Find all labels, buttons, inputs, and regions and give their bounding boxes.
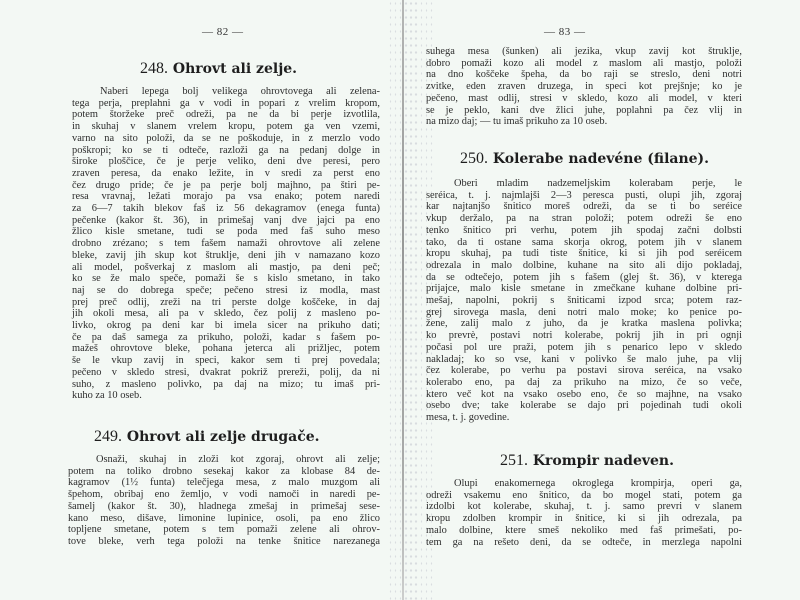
recipe-body-248: Naberi lepega bolj velikega ohrovtovega … [72,86,380,402]
text-line: potem na toliko drobno sesekaj kakor za … [68,466,380,478]
text-line: tako, da ti ostane sama skorja okrog, po… [426,237,742,249]
text-line: počasi pol ure praži, potem jih s penari… [426,342,742,354]
text-line: nakladaj; ko so vse, kani v polivko še m… [426,354,742,366]
text-line: žlico kisle smetane, tudi se poda med fa… [72,226,380,238]
text-line: jih okoli mesa, ali pa v skledo, čez pol… [72,308,380,320]
text-line: osebo dve; take kolerabe se dajo pri poj… [426,400,742,412]
text-line: Naberi lepega bolj velikega ohrovtovega … [72,86,380,98]
text-line: in skuhaj v slanem vrelem kropu, potem g… [72,121,380,133]
text-line: na mizo daj; — tu imaš prikuho za 10 ose… [426,116,742,128]
text-line: mešaj, napolni, pokrij s šniticami izpod… [426,295,742,307]
text-line: tove bleke, verh tega položi na tenke šn… [68,536,380,548]
text-line: varno na sito položi, da se ne poškoduje… [72,133,380,145]
text-line: čez kolerabe, po verhu pa postavi sirova… [426,365,742,377]
text-line: se je peklo, kani dve žlici juhe, poplah… [426,105,742,117]
right-page: — 83 — suhega mesa (šunken) ali jezika, … [424,0,742,600]
text-line: pečenke (kakor št. 36), in primešaj vanj… [72,215,380,227]
page-number: — 83 — [544,26,586,38]
text-line: dobro pomaži kozo ali model z maslom ali… [426,58,742,70]
text-line: pečeno v skledo stresi, dvakrat pokriž p… [72,367,380,379]
recipe-heading-249: 249. Ohrovt ali zelje drugače. [94,428,320,446]
text-line: odrezala in malo dolbine, kuhane na sito… [426,260,742,272]
text-line: izdolbi kot kolerabe, skuhaj, t. j. samo… [426,501,742,513]
text-line: zvitke, eden zraven druzega, in speci ko… [426,81,742,93]
recipe-number: 250. [460,150,488,167]
recipe-number: 251. [500,452,528,469]
text-line: šamelj (kakor št. 30), hladnega zmešaj i… [68,501,380,513]
text-line: kropu zdolben krompir in šnitice, ki si … [426,513,742,525]
text-line: mažeš ohrovtove bleke, pohana jeterca al… [72,343,380,355]
recipe-number: 248. [140,60,168,77]
text-line: poškropi; ko se ti odteče, razloži ga na… [72,145,380,157]
text-line: mesa, t. j. govedine. [426,412,742,424]
text-line: prej preč odlij, zreži na tri perste dol… [72,297,380,309]
recipe-heading-248: 248. Ohrovt ali zelje. [140,60,297,78]
text-line: bleke, zavij jih skup kot štruklje, deni… [72,250,380,262]
text-line: malo dolbine, ktere smeš nekoliko med fa… [426,525,742,537]
page-gutter [402,0,404,600]
text-line: ktero več kot na vsako osebo eno, če so … [426,389,742,401]
text-line: kolerabo eno, pa daj za prikuho na mizo,… [426,377,742,389]
text-line: špehom, obribaj eno žemljo, v vodi namoč… [68,489,380,501]
page-number: — 82 — [202,26,244,38]
text-line: tega perja, preplahni ga v vodi in popar… [72,98,380,110]
text-line: odreži vsakemu eno šnitico, da bo mogel … [426,490,742,502]
text-line: da se odtečejo, potem jih s fašem (glej … [426,272,742,284]
text-line: še le vkup zavij in speci, kakor sem ti … [72,355,380,367]
left-page: — 82 — 248. Ohrovt ali zelje. Naberi lep… [72,0,380,600]
text-line: drobno zrézano; s tem fašem namaži ohrov… [72,238,380,250]
text-line: resa vravnaj, ležati morajo pa vsa enako… [72,191,380,203]
text-line: prijajce, malo kisle smetane in zmečkane… [426,283,742,295]
recipe-number: 249. [94,428,122,445]
text-line: žene, zalij malo z juho, da je kratka ma… [426,318,742,330]
recipe-heading-251: 251. Krompir nadeven. [500,452,674,470]
text-line: kar najtanjšo šnitico moreš odreži, da s… [426,201,742,213]
text-line: za 6—7 takih blekov faš iz 56 dekagramov… [72,203,380,215]
text-line: suhega mesa (šunken) ali jezika, vkup za… [426,46,742,58]
recipe-body-249: Osnaži, skuhaj in zloži kot zgoraj, ohro… [68,454,380,548]
text-line: ko se že malo speče, pomaži še s kislo s… [72,273,380,285]
text-line: seréica, t. j. najmlajši 2—3 peresca pus… [426,190,742,202]
continuation-text: suhega mesa (šunken) ali jezika, vkup za… [426,46,742,128]
recipe-title: Ohrovt ali zelje drugače. [127,429,320,445]
text-line: kagramov (1½ funta) telečjega mesa, z ma… [68,477,380,489]
text-line: zraven peresa, da enako ležite, in v sre… [72,168,380,180]
text-line: potem štoržeke preč odreži, pa ne da bi … [72,109,380,121]
text-line: naj se do dobrega speče; pečeno stresi i… [72,285,380,297]
text-line: široke ploščice, če je perje veliko, den… [72,156,380,168]
text-line: če pa daš samega za prikuho, položi, kad… [72,332,380,344]
text-line: pečeno, mast odlij, stresi v skledo, koz… [426,93,742,105]
text-line: na dno koščeke špeha, da bo raji se stre… [426,69,742,81]
recipe-body-250: Oberi mladim nadzemeljskim kolerabam per… [426,178,742,424]
recipe-body-251: Olupi enakomernega okroglega krompirja, … [426,478,742,548]
book-spread: — 82 — 248. Ohrovt ali zelje. Naberi lep… [0,0,800,600]
text-line: tenko šnitico pri verhu, potem jih spoda… [426,225,742,237]
text-line: Olupi enakomernega okroglega krompirja, … [426,478,742,490]
text-line: Oberi mladim nadzemeljskim kolerabam per… [426,178,742,190]
text-line: grej sirovega masla, deni notri malo mok… [426,307,742,319]
text-line: tem ga na rešeto deni, da se odteče, in … [426,537,742,549]
text-line: Osnaži, skuhaj in zloži kot zgoraj, ohro… [68,454,380,466]
recipe-title: Kolerabe nadevéne (filane). [493,151,709,167]
text-line: ko prevrè, postavi notri kolerabe, pokri… [426,330,742,342]
text-line: livko, okrog pa deni kar bi imela sicer … [72,320,380,332]
text-line: suho, z masleno polivko, pa daj na mizo;… [72,379,380,391]
text-line: čez drugo pride; če je pa perje bolj maj… [72,180,380,192]
recipe-title: Krompir nadeven. [533,453,674,469]
text-line: topljene smetane, potem s tem pomaži zel… [68,524,380,536]
text-line: ali model, pošverkaj z maslom ali mastjo… [72,262,380,274]
text-line: kano meso, dišave, limonine lupinice, os… [68,513,380,525]
recipe-title: Ohrovt ali zelje. [173,61,297,77]
recipe-heading-250: 250. Kolerabe nadevéne (filane). [460,150,709,168]
text-line: kuho za 10 oseb. [72,390,380,402]
text-line: kropu skuhaj, pa tudi tiste šnitice, ki … [426,248,742,260]
text-line: vkup deržalo, pa na stran položi; potem … [426,213,742,225]
